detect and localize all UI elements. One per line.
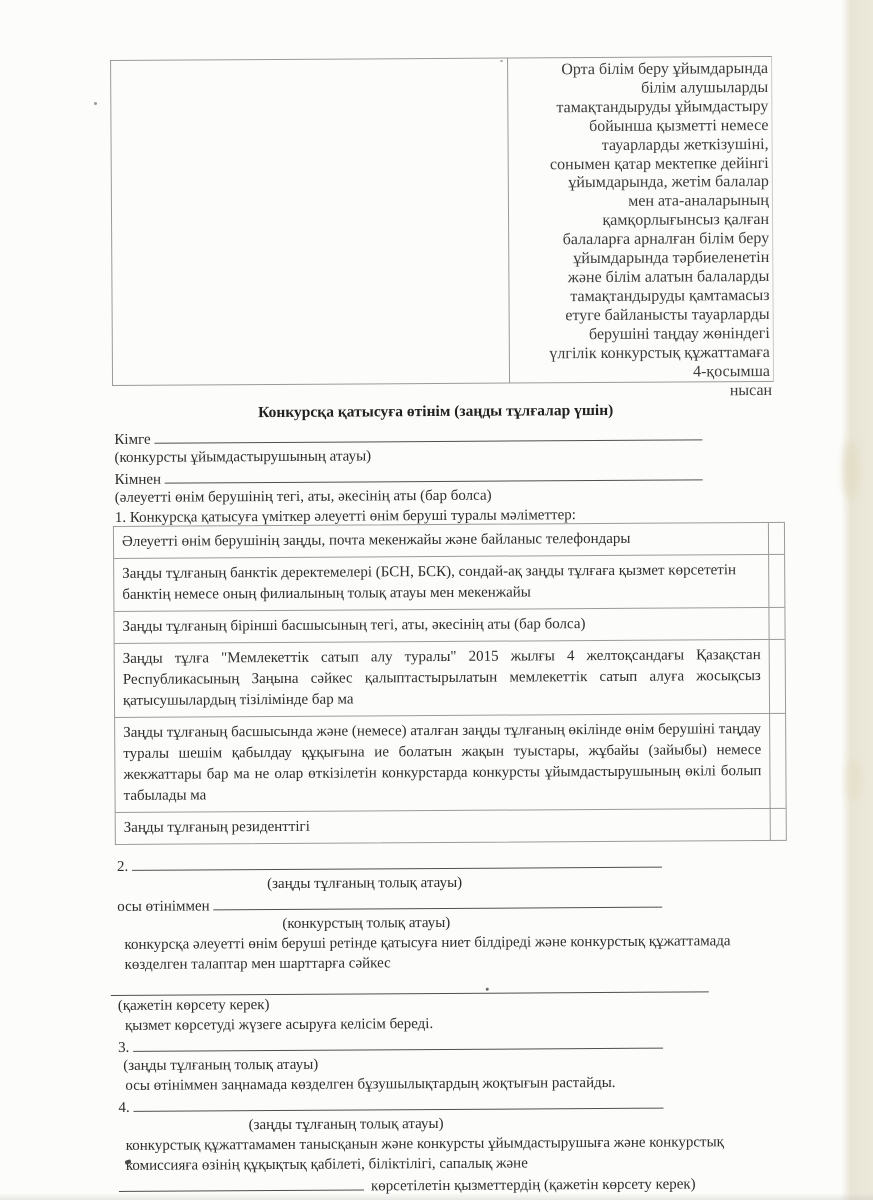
form-body: Кімге (конкурсты ұйымдастырушының атауы)… (114, 424, 799, 1196)
table-row: Әлеуетті өнім берушінің заңды, почта мек… (114, 523, 784, 558)
blank-line-from (165, 464, 703, 483)
blank-line-full (111, 971, 709, 996)
table-answer-cell (769, 523, 784, 554)
blank-line-to (155, 424, 703, 443)
supplier-info-table: Әлеуетті өнім берушінің заңды, почта мек… (113, 522, 787, 845)
section4-paragraph: конкурстық құжаттамамен танысқанын және … (126, 1132, 751, 1176)
section1-heading: 1. Конкурсқа қатысуға үміткер әлеуетті ө… (115, 504, 795, 522)
table-row: Заңды тұлғаның бірінші басшысының тегі, … (114, 607, 784, 643)
scan-stain (843, 440, 859, 500)
ink-dot (486, 988, 489, 991)
table-row: Заңды тұлғаның резиденттігі (116, 808, 786, 844)
section2-number: 2. (117, 857, 132, 877)
table-answer-cell (769, 608, 784, 639)
blank-line-application (214, 892, 663, 911)
scan-stain (847, 758, 861, 802)
table-row: Заңды тұлғаның басшысында және (немесе) … (115, 713, 786, 812)
scan-speck (500, 60, 503, 62)
appendix-note-cell: Орта білім беру ұйымдарында білім алушыл… (508, 57, 773, 383)
blank-line-section3 (133, 1033, 663, 1052)
table-row-label: Заңды тұлғаның резиденттігі (124, 819, 310, 836)
table-row-label: Заңды тұлғаның бірінші басшысының тегі, … (122, 616, 585, 635)
numbered-sections: 2. (заңды тұлғаның толық атауы) осы өтін… (117, 851, 799, 1196)
table-row: Заңды тұлғаның банктік деректемелері (БС… (114, 554, 784, 611)
blank-line-section2 (132, 852, 662, 871)
section2-caption: (заңды тұлғаның толық атауы) (267, 871, 797, 894)
blank-line-section4 (134, 1093, 664, 1112)
scan-speck (94, 102, 97, 105)
table-row-label: Заңды тұлғаның басшысында және (немесе) … (123, 719, 762, 807)
appendix-note-text: Орта білім беру ұйымдарында білім алушыл… (512, 60, 770, 383)
application-label: осы өтініммен (117, 896, 214, 917)
scan-bottom-shadow (0, 1193, 873, 1200)
appendix-note-box: Орта білім беру ұйымдарында білім алушыл… (110, 56, 774, 386)
scan-page-edge (841, 0, 873, 1200)
table-row-label: Әлеуетті өнім берушінің заңды, почта мек… (122, 531, 631, 550)
document-sheet: Орта білім беру ұйымдарында білім алушыл… (0, 0, 873, 1200)
section4-number: 4. (118, 1098, 133, 1118)
table-answer-cell (769, 555, 784, 607)
table-answer-cell (770, 640, 785, 713)
table-row-label: Заңды тұлғаның банктік деректемелері (БС… (122, 562, 736, 603)
table-row-label: Заңды тұлға "Мемлекеттік сатып алу турал… (123, 645, 761, 712)
table-answer-cell (771, 809, 786, 840)
blank-line-tail (119, 1174, 364, 1191)
scanned-page: Орта білім беру ұйымдарында білім алушыл… (0, 0, 873, 1200)
appendix-note-empty-cell (111, 59, 510, 385)
table-row: Заңды тұлға "Мемлекеттік сатып алу турал… (115, 639, 785, 717)
table-answer-cell (770, 714, 786, 808)
section2-paragraph: конкурсқа әлеуетті өнім беруші ретінде қ… (124, 931, 749, 975)
